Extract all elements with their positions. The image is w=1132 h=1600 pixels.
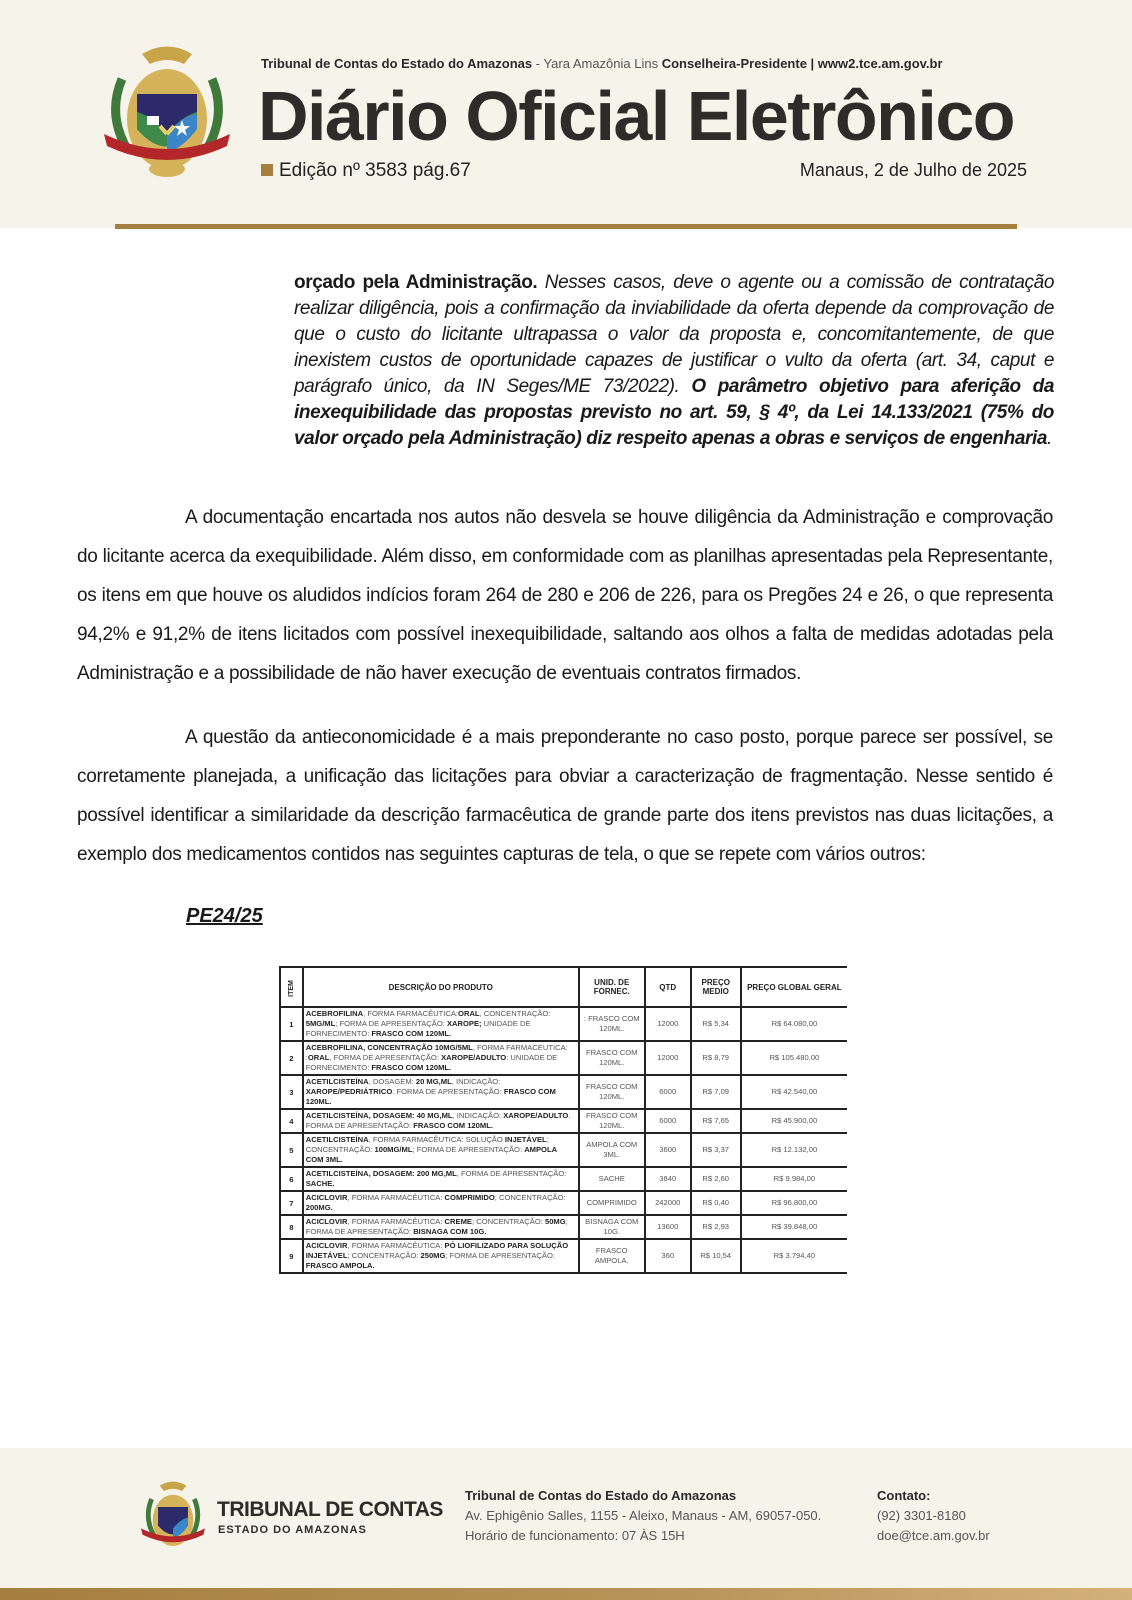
footer-email-link[interactable]: doe@tce.am.gov.br	[877, 1526, 990, 1546]
cell-unit: AMPOLA COM 3ML.	[579, 1133, 645, 1167]
cell-avg-price: R$ 5,34	[691, 1007, 741, 1041]
items-table-screenshot: ITEM DESCRIÇÃO DO PRODUTO UNID. DE FORNE…	[279, 966, 847, 1292]
paragraph-diligence: A documentação encartada nos autos não d…	[77, 498, 1053, 693]
cell-global-price: R$ 12.132,00	[741, 1133, 847, 1167]
cell-unit: COMPRIMIDO	[579, 1191, 645, 1215]
square-bullet-icon	[261, 164, 273, 176]
cell-item: 6	[280, 1167, 303, 1191]
cell-unit: FRASCO COM 120ML.	[579, 1109, 645, 1133]
cell-avg-price: R$ 8,79	[691, 1041, 741, 1075]
cell-description: ACETILCISTEÍNA, FORMA FARMACÊUTICA: SOLU…	[303, 1133, 579, 1167]
cell-unit: FRASCO COM 120ML.	[579, 1041, 645, 1075]
header-item: ITEM	[280, 967, 303, 1007]
cell-description: ACETILCISTEÍNA, DOSAGEM: 20 MG,ML, INDIC…	[303, 1075, 579, 1109]
cell-global-price: R$ 39.848,00	[741, 1215, 847, 1239]
cell-description: ACICLOVIR, FORMA FARMACÊUTICA: CREME; CO…	[303, 1215, 579, 1239]
table-row: 3ACETILCISTEÍNA, DOSAGEM: 20 MG,ML, INDI…	[280, 1075, 847, 1109]
table-row: 1ACEBROFILINA, FORMA FARMACÊUTICA:ORAL, …	[280, 1007, 847, 1041]
cell-item: 2	[280, 1041, 303, 1075]
cell-global-price: R$ 9.984,00	[741, 1167, 847, 1191]
table-row: 7ACICLOVIR, FORMA FARMACÊUTICA: COMPRIMI…	[280, 1191, 847, 1215]
cell-item: 9	[280, 1239, 303, 1273]
footer-phone: (92) 3301-8180	[877, 1506, 990, 1526]
coat-of-arms-emblem-icon	[92, 34, 242, 184]
header-unit: UNID. DE FORNEC.	[579, 967, 645, 1007]
items-table: ITEM DESCRIÇÃO DO PRODUTO UNID. DE FORNE…	[279, 966, 847, 1274]
cell-qty: 3600	[645, 1133, 691, 1167]
cell-global-price: R$ 42.540,00	[741, 1075, 847, 1109]
footer-contact: Contato: (92) 3301-8180 doe@tce.am.gov.b…	[877, 1486, 990, 1546]
org-line: Tribunal de Contas do Estado do Amazonas…	[261, 56, 943, 71]
masthead-title: Diário Oficial Eletrônico	[258, 76, 1014, 156]
cell-qty: 12000	[645, 1007, 691, 1041]
cell-avg-price: R$ 3,37	[691, 1133, 741, 1167]
cell-description: ACEBROFILINA, CONCENTRAÇÃO 10MG/5ML, FOR…	[303, 1041, 579, 1075]
paragraph-antieconomicity: A questão da antieconomicidade é a mais …	[77, 718, 1053, 874]
cell-avg-price: R$ 2,93	[691, 1215, 741, 1239]
cell-unit: BISNAGA COM 10G.	[579, 1215, 645, 1239]
cell-avg-price: R$ 7,65	[691, 1109, 741, 1133]
cell-description: ACICLOVIR, FORMA FARMACÊUTICA: COMPRIMID…	[303, 1191, 579, 1215]
cell-unit: SACHE	[579, 1167, 645, 1191]
cell-avg-price: R$ 7,09	[691, 1075, 741, 1109]
cell-qty: 13600	[645, 1215, 691, 1239]
cell-global-price: R$ 64.080,00	[741, 1007, 847, 1041]
table-row: 5ACETILCISTEÍNA, FORMA FARMACÊUTICA: SOL…	[280, 1133, 847, 1167]
header-description: DESCRIÇÃO DO PRODUTO	[303, 967, 579, 1007]
footer-accent-bar	[0, 1588, 1132, 1600]
footer-org-name: TRIBUNAL DE CONTAS	[217, 1498, 443, 1522]
table-row: 4ACETILCISTEÍNA, DOSAGEM: 40 MG,ML, INDI…	[280, 1109, 847, 1133]
cell-global-price: R$ 3.794,40	[741, 1239, 847, 1273]
table-row: 2ACEBROFILINA, CONCENTRAÇÃO 10MG/5ML, FO…	[280, 1041, 847, 1075]
publication-date: Manaus, 2 de Julho de 2025	[800, 160, 1027, 181]
cell-description: ACETILCISTEÍNA, DOSAGEM: 40 MG,ML, INDIC…	[303, 1109, 579, 1133]
cell-item: 7	[280, 1191, 303, 1215]
cell-qty: 3840	[645, 1167, 691, 1191]
cell-qty: 6000	[645, 1075, 691, 1109]
cell-description: ACEBROFILINA, FORMA FARMACÊUTICA:ORAL, C…	[303, 1007, 579, 1041]
cell-description: ACETILCISTEÍNA, DOSAGEM: 200 MG,ML, FORM…	[303, 1167, 579, 1191]
cell-item: 1	[280, 1007, 303, 1041]
cell-item: 3	[280, 1075, 303, 1109]
cell-item: 8	[280, 1215, 303, 1239]
section-subheading: PE24/25	[186, 905, 263, 928]
cell-avg-price: R$ 2,60	[691, 1167, 741, 1191]
cell-item: 4	[280, 1109, 303, 1133]
table-row: 8ACICLOVIR, FORMA FARMACÊUTICA: CREME; C…	[280, 1215, 847, 1239]
cell-qty: 360	[645, 1239, 691, 1273]
cell-item: 5	[280, 1133, 303, 1167]
table-row: 9ACICLOVIR, FORMA FARMACÊUTICA: PÓ LIOFI…	[280, 1239, 847, 1273]
cell-avg-price: R$ 10,54	[691, 1239, 741, 1273]
cell-unit: : FRASCO COM 120ML.	[579, 1007, 645, 1041]
cell-global-price: R$ 96.800,00	[741, 1191, 847, 1215]
cell-qty: 242000	[645, 1191, 691, 1215]
coat-of-arms-emblem-icon	[133, 1475, 213, 1555]
cell-qty: 6000	[645, 1109, 691, 1133]
cell-description: ACICLOVIR, FORMA FARMACÊUTICA: PÓ LIOFIL…	[303, 1239, 579, 1273]
edition-info: Edição nº 3583 pág.67	[261, 160, 471, 182]
footer-address: Tribunal de Contas do Estado do Amazonas…	[465, 1486, 821, 1546]
header-qty: QTD	[645, 967, 691, 1007]
header-divider	[115, 224, 1017, 229]
cell-unit: FRASCO COM 120ML.	[579, 1075, 645, 1109]
page-header: Tribunal de Contas do Estado do Amazonas…	[0, 0, 1132, 228]
table-row: 6ACETILCISTEÍNA, DOSAGEM: 200 MG,ML, FOR…	[280, 1167, 847, 1191]
table-header-row: ITEM DESCRIÇÃO DO PRODUTO UNID. DE FORNE…	[280, 967, 847, 1007]
cell-avg-price: R$ 0,40	[691, 1191, 741, 1215]
cell-global-price: R$ 45.900,00	[741, 1109, 847, 1133]
header-global-price: PREÇO GLOBAL GERAL	[741, 967, 847, 1007]
cell-qty: 12000	[645, 1041, 691, 1075]
cell-global-price: R$ 105.480,00	[741, 1041, 847, 1075]
header-avg-price: PREÇO MEDIO	[691, 967, 741, 1007]
cell-unit: FRASCO AMPOLA.	[579, 1239, 645, 1273]
legal-citation-quote: orçado pela Administração. Nesses casos,…	[294, 270, 1054, 452]
footer-org-subtitle: ESTADO DO AMAZONAS	[218, 1524, 367, 1536]
